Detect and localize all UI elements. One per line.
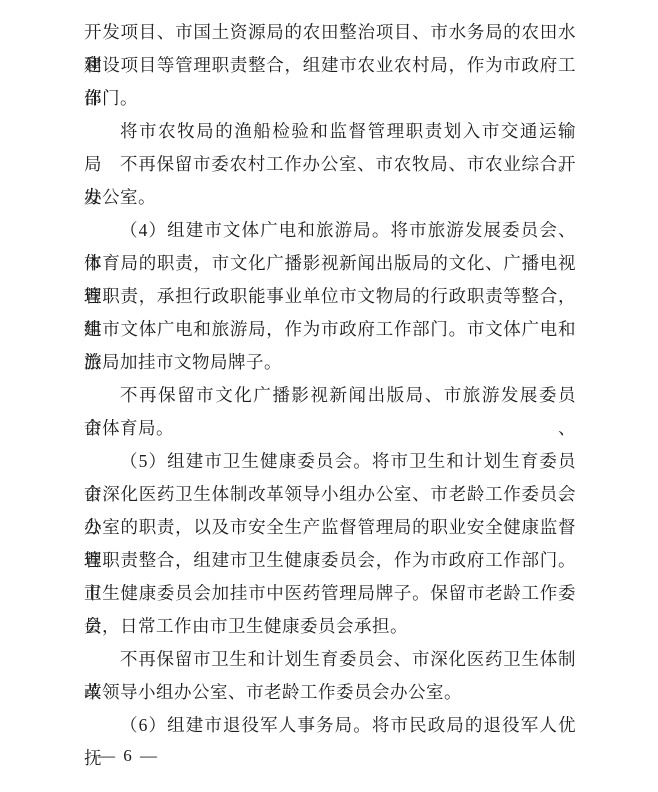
document-line: 体育局的职责，市文化广播影视新闻出版局的文化、广播电视管 — [84, 247, 576, 280]
document-line: 部门。 — [84, 82, 576, 115]
document-body: 开发项目、市国土资源局的农田整治项目、市水务局的农田水利 建设项目等管理职责整合… — [84, 16, 576, 742]
document-line: 开发项目、市国土资源局的农田整治项目、市水务局的农田水利 — [84, 16, 576, 49]
document-line: 不再保留市卫生和计划生育委员会、市深化医药卫生体制改 — [84, 643, 576, 676]
document-line: 建设项目等管理职责整合，组建市农业农村局，作为市政府工作 — [84, 49, 576, 82]
document-line: 市深化医药卫生体制改革领导小组办公室、市老龄工作委员会办 — [84, 478, 576, 511]
document-line: 建市文体广电和旅游局，作为市政府工作部门。市文体广电和旅 — [84, 313, 576, 346]
document-line: 不再保留市委农村工作办公室、市农牧局、市农业综合开发 — [84, 148, 576, 181]
document-line: 游局加挂市文物局牌子。 — [84, 346, 576, 379]
document-line: 不再保留市文化广播影视新闻出版局、市旅游发展委员会、 — [84, 379, 576, 412]
document-line: 理职责整合，组建市卫生健康委员会，作为市政府工作部门。市 — [84, 544, 576, 577]
page-number: — 6 — — [98, 746, 159, 766]
document-line: 会，日常工作由市卫生健康委员会承担。 — [84, 610, 576, 643]
document-line: 办公室。 — [84, 181, 576, 214]
document-line: 革领导小组办公室、市老龄工作委员会办公室。 — [84, 676, 576, 709]
document-line: （6）组建市退役军人事务局。将市民政局的退役军人优抚 — [84, 709, 576, 742]
document-line: 公室的职责，以及市安全生产监督管理局的职业安全健康监督管 — [84, 511, 576, 544]
document-page: 开发项目、市国土资源局的农田整治项目、市水务局的农田水利 建设项目等管理职责整合… — [0, 0, 658, 792]
document-line: 理职责，承担行政职能事业单位市文物局的行政职责等整合，组 — [84, 280, 576, 313]
document-line: 卫生健康委员会加挂市中医药管理局牌子。保留市老龄工作委员 — [84, 577, 576, 610]
document-line: 将市农牧局的渔船检验和监督管理职责划入市交通运输局。 — [84, 115, 576, 148]
document-line: （5）组建市卫生健康委员会。将市卫生和计划生育委员会、 — [84, 445, 576, 478]
document-line: （4）组建市文体广电和旅游局。将市旅游发展委员会、市 — [84, 214, 576, 247]
